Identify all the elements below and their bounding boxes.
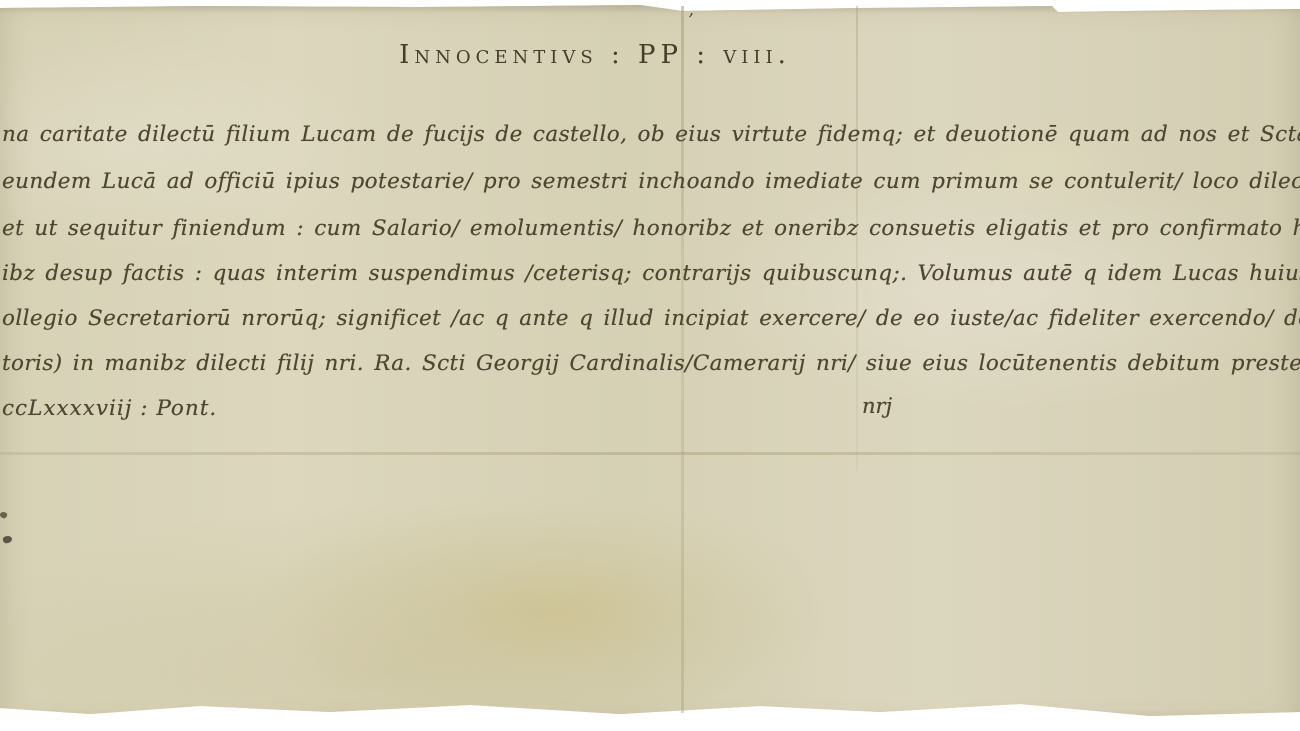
manuscript-photo: ’ Innocentivs : PP : viii. na caritate d… xyxy=(0,0,1300,731)
manuscript-text-line: ibz desup factis : quas interim suspendi… xyxy=(0,261,1300,286)
manuscript-text-line: et ut sequitur finiendum : cum Salario/ … xyxy=(0,216,1300,241)
manuscript-text-line: ollegio Secretariorū nrorūq; significet … xyxy=(0,306,1300,331)
manuscript-text-line: eundem Lucā ad officiū ipius potestarie/… xyxy=(0,169,1300,194)
horizontal-fold-crease xyxy=(0,452,1300,455)
manuscript-text-line: toris) in manibz dilecti filij nri. Ra. … xyxy=(0,351,1300,376)
parchment-stain xyxy=(430,560,690,670)
date-fragment: ccLxxxxviij : Pont. xyxy=(2,396,217,421)
regnal-mark: nrj xyxy=(862,394,892,418)
stray-ink-mark: ’ xyxy=(688,10,694,31)
document-heading: Innocentivs : PP : viii. xyxy=(0,40,1190,70)
manuscript-text-line: na caritate dilectū filium Lucam de fuci… xyxy=(0,122,1300,147)
